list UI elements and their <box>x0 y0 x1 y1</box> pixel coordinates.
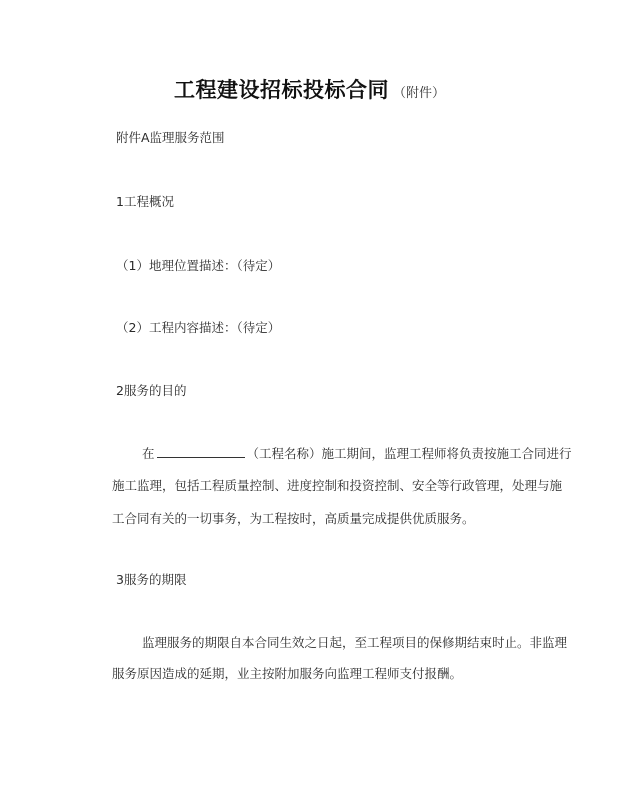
section-3-paragraph-line-2: 服务原因造成的延期，业主按附加服务向监理工程师支付报酬。 <box>112 666 462 682</box>
project-name-blank <box>157 445 245 458</box>
title-suffix: （附件） <box>393 86 445 101</box>
section-2-paragraph-line-2: 施工监理，包括工程质量控制、进度控制和投资控制、安全等行政管理，处理与施 <box>112 478 562 494</box>
appendix-heading: 附件A监理服务范围 <box>116 130 225 146</box>
document-page: 工程建设招标投标合同（附件） 附件A监理服务范围 1工程概况 （1）地理位置描述… <box>0 0 619 800</box>
section-1-heading: 1工程概况 <box>116 194 174 210</box>
section-2-paragraph-line-3: 工合同有关的一切事务，为工程按时，高质量完成提供优质服务。 <box>112 511 475 527</box>
section-2-heading: 2服务的目的 <box>116 383 186 399</box>
lead-text: 在 <box>142 446 155 461</box>
section-2-paragraph-line-1: 在（工程名称）施工期间，监理工程师将负责按施工合同进行 <box>142 445 572 462</box>
title-main: 工程建设招标投标合同 <box>174 78 389 102</box>
section-1-item-2: （2）工程内容描述：（待定） <box>116 320 280 336</box>
line1-rest: （工程名称）施工期间，监理工程师将负责按施工合同进行 <box>247 446 572 461</box>
section-3-paragraph-line-1: 监理服务的期限自本合同生效之日起，至工程项目的保修期结束时止。非监理 <box>142 635 567 651</box>
document-title: 工程建设招标投标合同（附件） <box>0 74 619 104</box>
section-1-item-1: （1）地理位置描述：（待定） <box>116 258 280 274</box>
section-3-heading: 3服务的期限 <box>116 572 186 588</box>
